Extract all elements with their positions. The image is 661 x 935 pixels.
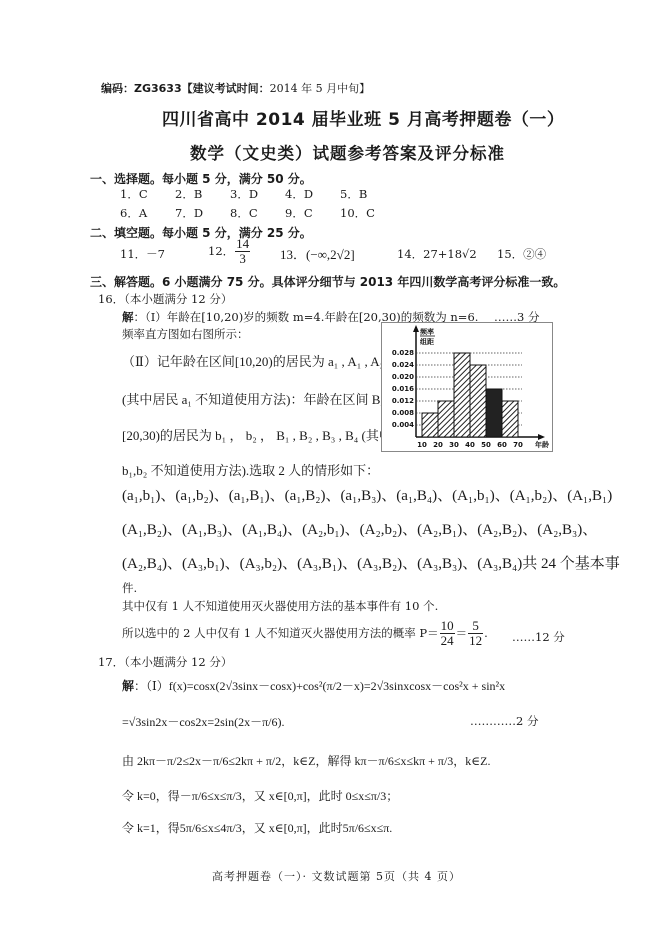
answer-3: 3．D [230, 186, 285, 202]
svg-text:年龄: 年龄 [535, 440, 549, 449]
q17-title: 17．（本小题满分 12 分） [98, 654, 232, 670]
pairs-row-1: (a₁,b₁)、(a₁,b₂)、(a₁,B₁)、(a₁,B₂)、(a₁,B₃)、… [122, 484, 612, 505]
exam-code-line: 编码：ZG3633【建议考试时间：2014 年 5 月中旬】 [101, 80, 370, 96]
svg-text:0.008: 0.008 [392, 409, 414, 417]
answer-1: 1．C [120, 186, 175, 202]
equals: ＝ [456, 626, 468, 640]
answer-6: 6．A [120, 205, 175, 221]
fill-answer-13: 13．(−∞,2√2] [280, 244, 355, 263]
document-title: 四川省高中 2014 届毕业班 5 月高考押题卷（一） [162, 105, 564, 130]
frequency-histogram: 0.004 0.008 0.012 0.016 0.020 0.024 0.02… [381, 322, 553, 452]
fraction-14-3: 143 [235, 237, 250, 265]
svg-text:组距: 组距 [420, 337, 434, 346]
page-footer: 高考押题卷（一）· 文数试题第 5页（共 4 页） [212, 868, 461, 884]
svg-text:40: 40 [465, 441, 475, 449]
solution-label: 解 [122, 679, 134, 693]
fill-answer-12-label: 12． [208, 244, 234, 258]
q16-line8: 所以选中的 2 人中仅有 1 人不知道灭火器使用方法的概率 P＝1024＝512… [122, 619, 488, 647]
q17-line2: =√3sin2x－cos2x=2sin(2x－π/6). [122, 713, 285, 730]
q17-score1: …………2 分 [470, 713, 538, 729]
period: . [484, 626, 488, 640]
pairs-row-2: (A₁,B₂)、(A₁,B₃)、(A₁,B₄)、(A₂,b₁)、(A₂,b₂)、… [122, 518, 597, 539]
answer-5: 5．B [340, 187, 367, 201]
q16-line5: [20,30)的居民为 b₁ ， b₂ ， B₁ , B₂ , B₃ , B₄ … [122, 425, 392, 444]
svg-text:60: 60 [497, 441, 507, 449]
pairs-row-3: (A₂,B₄)、(A₃,b₁)、(A₃,b₂)、(A₃,B₁)、(A₃,B₂)、… [122, 552, 620, 573]
fraction-10-24: 1024 [440, 619, 455, 647]
probability-text: 所以选中的 2 人中仅有 1 人不知道灭火器使用方法的概率 P＝ [122, 626, 439, 640]
fill-answer-15: 15．②④ [497, 246, 546, 262]
q16-line2: 频率直方图如右图所示： [122, 326, 249, 342]
svg-text:30: 30 [449, 441, 459, 449]
q17-line1-text: ：（Ⅰ）f(x)=cosx(2√3sinx－cosx)+cos²(π/2－x)=… [134, 679, 505, 693]
svg-text:0.016: 0.016 [392, 385, 414, 393]
q17-line5: 令 k=1，得5π/6≤x≤4π/3，又 x∈[0,π]，此时5π/6≤x≤π. [122, 819, 392, 836]
histogram-svg: 0.004 0.008 0.012 0.016 0.020 0.024 0.02… [382, 323, 552, 451]
svg-text:70: 70 [513, 441, 523, 449]
solution-label: 解 [122, 310, 134, 324]
choice-answers-row2: 6．A7．D8．C9．C10．C [120, 205, 375, 221]
exam-code-label: 编码：ZG3633【建议考试时间： [101, 82, 270, 95]
answer-8: 8．C [230, 205, 285, 221]
numerator: 5 [468, 619, 483, 634]
denominator: 3 [235, 252, 250, 266]
section2-heading: 二、填空题。每小题 5 分，满分 25 分。 [90, 224, 312, 241]
choice-answers-row1: 1．C2．B3．D4．D5．B [120, 186, 367, 202]
denominator: 24 [440, 634, 455, 648]
q16-line7: 其中仅有 1 人不知道使用灭火器使用方法的基本事件有 10 个. [122, 598, 438, 614]
exam-code-time: 2014 年 5 月中旬】 [270, 82, 370, 95]
answer-7: 7．D [175, 205, 230, 221]
fill-answer-12: 12．143 [208, 237, 251, 265]
svg-text:0.012: 0.012 [392, 397, 414, 405]
answer-2: 2．B [175, 186, 230, 202]
fraction-5-12: 512 [468, 619, 483, 647]
q16-line4: (其中居民 a₁ 不知道使用方法)：年龄在区间 B₄ [122, 389, 385, 408]
answer-4: 4．D [285, 186, 340, 202]
q16-score2: ……12 分 [512, 629, 565, 645]
svg-text:0.020: 0.020 [392, 373, 414, 381]
numerator: 10 [440, 619, 455, 634]
svg-text:0.028: 0.028 [392, 349, 414, 357]
denominator: 12 [468, 634, 483, 648]
q16-line-jian: 件. [122, 580, 137, 596]
q16-line3: （Ⅱ）记年龄在区间[10,20)的居民为 a₁ , A₁ , A₂ , A₃ [122, 351, 407, 370]
fill-answer-11: 11．－7 [120, 246, 165, 262]
document-subtitle: 数学（文史类）试题参考答案及评分标准 [190, 140, 505, 164]
fill-answer-14: 14．27+18√2 [397, 246, 477, 262]
section1-heading: 一、选择题。每小题 5 分，满分 50 分。 [90, 170, 312, 187]
q17-line3: 由 2kπ－π/2≤2x－π/6≤2kπ + π/2，k∈Z，解得 kπ－π/6… [122, 752, 491, 769]
numerator: 14 [235, 237, 250, 252]
svg-text:20: 20 [433, 441, 443, 449]
svg-text:50: 50 [481, 441, 491, 449]
svg-text:10: 10 [417, 441, 427, 449]
svg-text:频率: 频率 [420, 327, 434, 336]
answer-9: 9．C [285, 205, 340, 221]
svg-text:0.024: 0.024 [392, 361, 414, 369]
q16-title: 16．（本小题满分 12 分） [98, 291, 232, 307]
answer-10: 10．C [340, 206, 375, 220]
section3-heading: 三、解答题。6 小题满分 75 分。具体评分细节与 2013 年四川数学高考评分… [90, 273, 565, 290]
q16-line6: b₁,b₂ 不知道使用方法).选取 2 人的情形如下： [122, 460, 379, 479]
q17-line4: 令 k=0，得－π/6≤x≤π/3，又 x∈[0,π]，此时 0≤x≤π/3； [122, 787, 398, 804]
svg-text:0.004: 0.004 [392, 421, 414, 429]
q17-line1: 解：（Ⅰ）f(x)=cosx(2√3sinx－cosx)+cos²(π/2－x)… [122, 677, 505, 694]
